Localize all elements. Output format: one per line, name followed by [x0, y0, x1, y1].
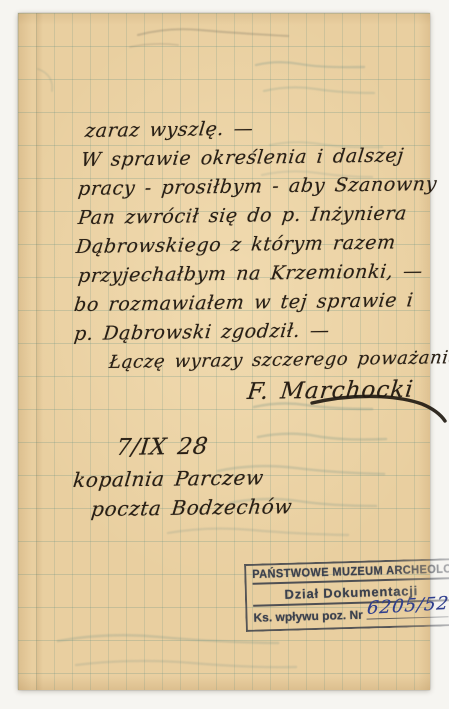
scanned-letter-page: zaraz wyszlę. — W sprawie określenia i d… — [0, 0, 449, 709]
paper-sheet: zaraz wyszlę. — W sprawie określenia i d… — [18, 13, 430, 690]
museum-accession-stamp: PAŃSTWOWE MUZEUM ARCHEOLOGICZN. Dział Do… — [244, 558, 449, 632]
address-line-post: poczta Bodzechów — [90, 494, 294, 521]
signature-flourish — [308, 391, 448, 425]
letter-line: W sprawie określenia i dalszej — [80, 145, 405, 171]
date-line: 7/IX 28 — [115, 434, 210, 461]
letter-line: zaraz wyszlę. — — [84, 118, 255, 142]
letter-line: Dąbrowskiego z którym razem — [75, 232, 397, 258]
address-line-mine: kopalnia Parczew — [72, 465, 265, 492]
letter-line: p. Dąbrowski zgodził. — — [73, 319, 331, 345]
stamp-register-label: Ks. wpływu poz. Nr — [253, 608, 363, 625]
letter-line: Pan zwrócił się do p. Inżyniera — [77, 202, 408, 229]
paper-crease — [36, 13, 43, 690]
